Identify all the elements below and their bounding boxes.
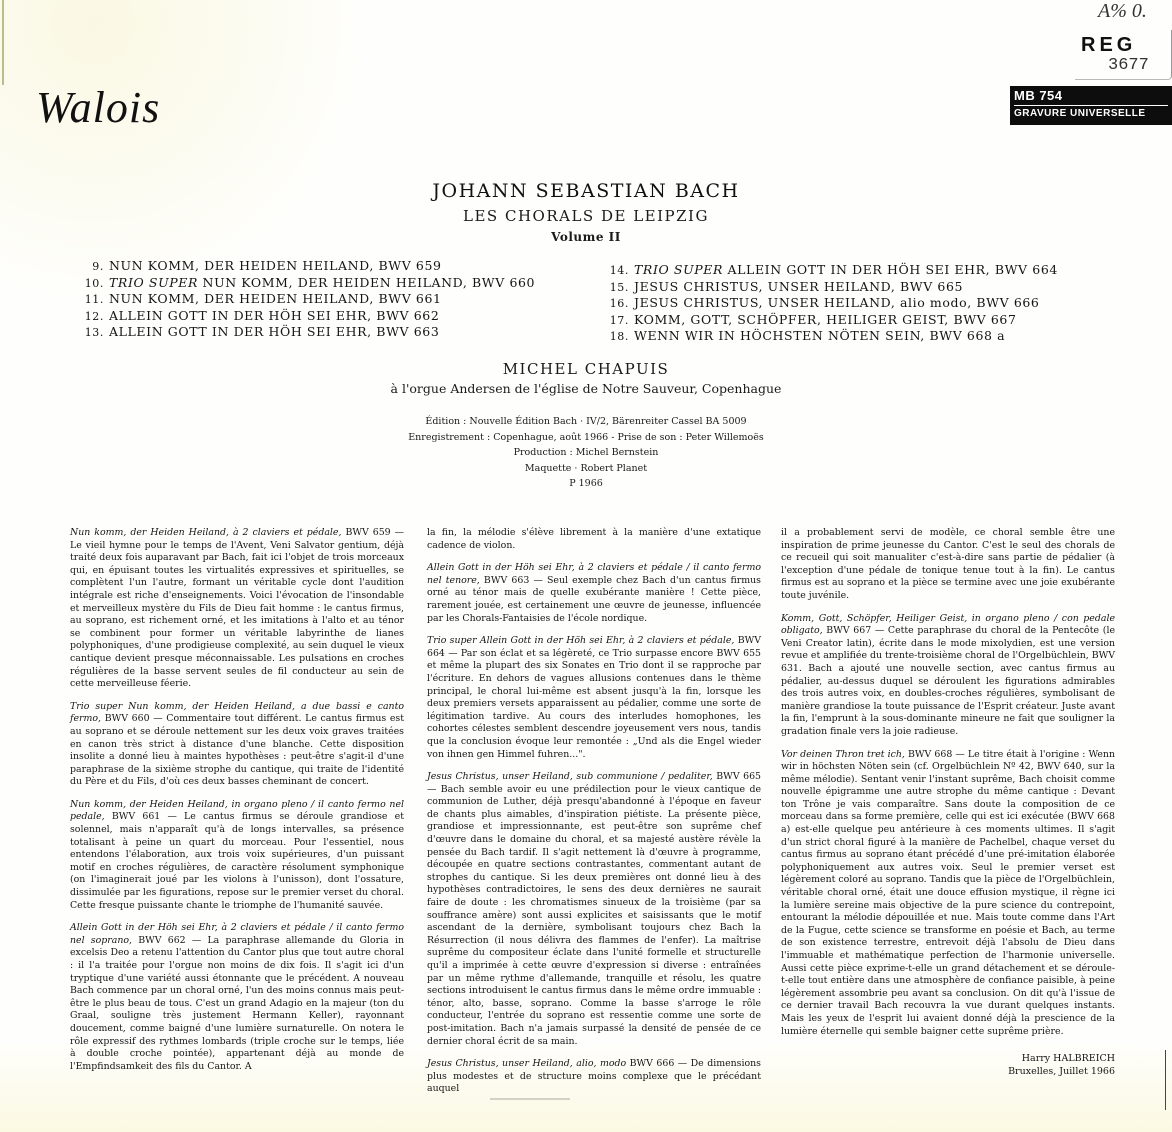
track-item: 10.TRIO SUPER NUN KOMM, DER HEIDEN HEILA…: [78, 275, 535, 292]
track-title: ALLEIN GOTT IN DER HÖH SEI EHR, BWV 663: [109, 324, 439, 339]
edge-mark: [2, 0, 4, 85]
notes-paragraph: Jesus Christus, unser Heiland, sub commu…: [427, 771, 761, 1048]
notes-paragraph: Nun komm, der Heiden Heiland, in organo …: [70, 799, 404, 912]
paragraph-text: BWV 668 — Le titre était à l'origine : W…: [781, 749, 1115, 1037]
signature: Harry HALBREICH Bruxelles, Juillet 1966: [781, 1052, 1115, 1078]
track-number: 11.: [78, 292, 104, 308]
track-title: NUN KOMM, DER HEIDEN HEILAND, BWV 660: [198, 275, 535, 290]
notes-paragraph: Nun komm, der Heiden Heiland, à 2 clavie…: [70, 527, 404, 691]
performer-venue: à l'orgue Andersen de l'église de Notre …: [0, 381, 1172, 396]
track-number: 14.: [603, 263, 629, 279]
paragraph-text: la fin, la mélodie s'élève librement à l…: [427, 527, 761, 551]
track-form: TRIO SUPER: [634, 262, 723, 277]
notes-paragraph: Vor deinen Thron tret ich, BWV 668 — Le …: [781, 749, 1115, 1039]
track-item: 15.JESUS CHRISTUS, UNSER HEILAND, BWV 66…: [603, 279, 1058, 296]
track-number: 9.: [78, 259, 104, 275]
performer-name: MICHEL CHAPUIS: [0, 360, 1172, 378]
track-item: 16.JESUS CHRISTUS, UNSER HEILAND, alio m…: [603, 295, 1058, 312]
track-number: 16.: [603, 296, 629, 312]
piece-heading: Jesus Christus, unser Heiland, sub commu…: [427, 771, 713, 782]
notes-column-3: il a probablement servi de modèle, ce ch…: [781, 527, 1115, 1078]
credit-line: Édition : Nouvelle Édition Bach · IV/2, …: [0, 414, 1172, 430]
track-form: TRIO SUPER: [109, 275, 198, 290]
credit-line: P 1966: [0, 476, 1172, 492]
track-item: 17.KOMM, GOTT, SCHÖPFER, HEILIGER GEIST,…: [603, 312, 1058, 329]
handwritten-reference: A% 0.: [1098, 0, 1147, 23]
track-title: ALLEIN GOTT IN DER HÖH SEI EHR, BWV 662: [109, 308, 439, 323]
notes-paragraph: Allein Gott in der Höh sei Ehr, à 2 clav…: [427, 562, 761, 625]
track-title: KOMM, GOTT, SCHÖPFER, HEILIGER GEIST, BW…: [634, 312, 1017, 327]
track-item: 14.TRIO SUPER ALLEIN GOTT IN DER HÖH SEI…: [603, 262, 1058, 279]
print-smudge: [490, 1098, 570, 1100]
piece-heading: Nun komm, der Heiden Heiland, à 2 clavie…: [70, 527, 341, 538]
signature-name: Harry HALBREICH: [781, 1052, 1115, 1065]
track-number: 12.: [78, 309, 104, 325]
notes-paragraph: Allein Gott in der Höh sei Ehr, à 2 clav…: [70, 922, 404, 1073]
paragraph-text: BWV 660 — Commentaire tout différent. Le…: [70, 713, 404, 787]
edge-mark: [1165, 1050, 1166, 1110]
track-item: 18.WENN WIR IN HÖCHSTEN NÖTEN SEIN, BWV …: [603, 328, 1058, 345]
track-title: WENN WIR IN HÖCHSTEN NÖTEN SEIN, BWV 668…: [634, 328, 1005, 343]
label-logo: Walois: [36, 82, 160, 133]
catalog-number: MB 754: [1014, 88, 1168, 106]
notes-paragraph: Trio super Nun komm, der Heiden Heiland,…: [70, 701, 404, 789]
signature-place: Bruxelles, Juillet 1966: [781, 1065, 1115, 1078]
track-title: ALLEIN GOTT IN DER HÖH SEI EHR, BWV 664: [723, 262, 1058, 277]
notes-column-2: la fin, la mélodie s'élève librement à l…: [427, 527, 761, 1106]
track-title: NUN KOMM, DER HEIDEN HEILAND, BWV 659: [109, 258, 442, 273]
track-list-right: 14.TRIO SUPER ALLEIN GOTT IN DER HÖH SEI…: [603, 262, 1058, 345]
piece-heading: Trio super Allein Gott in der Höh sei Eh…: [427, 635, 734, 646]
track-title: JESUS CHRISTUS, UNSER HEILAND, BWV 665: [634, 279, 963, 294]
notes-paragraph: Jesus Christus, unser Heiland, alio, mod…: [427, 1058, 761, 1096]
track-list-left: 9.NUN KOMM, DER HEIDEN HEILAND, BWV 6591…: [78, 258, 535, 341]
credit-line: Maquette · Robert Planet: [0, 461, 1172, 477]
piece-heading: Jesus Christus, unser Heiland, alio, mod…: [427, 1058, 626, 1069]
registry-stamp-label: REG: [1081, 34, 1136, 57]
paragraph-text: BWV 661 — Le cantus firmus se déroule gr…: [70, 811, 404, 910]
paragraph-text: BWV 662 — La paraphrase allemande du Glo…: [70, 935, 404, 1072]
credits-block: Édition : Nouvelle Édition Bach · IV/2, …: [0, 414, 1172, 492]
title-block: JOHANN SEBASTIAN BACH LES CHORALS DE LEI…: [0, 180, 1172, 244]
catalog-label: MB 754 GRAVURE UNIVERSELLE: [1010, 86, 1172, 125]
notes-paragraph: la fin, la mélodie s'élève librement à l…: [427, 527, 761, 552]
paragraph-text: BWV 659 — Le vieil hymne pour le temps d…: [70, 527, 404, 689]
track-number: 17.: [603, 313, 629, 329]
notes-paragraph: il a probablement servi de modèle, ce ch…: [781, 527, 1115, 603]
record-back-cover: Walois A% 0. REG 3677 MB 754 GRAVURE UNI…: [0, 0, 1172, 1132]
track-title: NUN KOMM, DER HEIDEN HEILAND, BWV 661: [109, 291, 442, 306]
notes-column-1: Nun komm, der Heiden Heiland, à 2 clavie…: [70, 527, 404, 1083]
track-number: 10.: [78, 276, 104, 292]
performer-block: MICHEL CHAPUIS à l'orgue Andersen de l'é…: [0, 360, 1172, 396]
track-number: 13.: [78, 325, 104, 341]
credit-line: Production : Michel Bernstein: [0, 445, 1172, 461]
track-item: 12.ALLEIN GOTT IN DER HÖH SEI EHR, BWV 6…: [78, 308, 535, 325]
catalog-subtitle: GRAVURE UNIVERSELLE: [1014, 106, 1168, 122]
notes-paragraph: Trio super Allein Gott in der Höh sei Eh…: [427, 635, 761, 761]
paragraph-text: BWV 665 — Bach semble avoir eu une prédi…: [427, 771, 761, 1046]
registry-stamp-number: 3677: [1108, 56, 1149, 75]
piece-heading: Vor deinen Thron tret ich,: [781, 749, 905, 760]
paragraph-text: BWV 667 — Cette paraphrase du choral de …: [781, 625, 1115, 737]
track-number: 15.: [603, 280, 629, 296]
credit-line: Enregistrement : Copenhague, août 1966 -…: [0, 430, 1172, 446]
volume-label: Volume II: [0, 230, 1172, 244]
work-title: LES CHORALS DE LEIPZIG: [0, 207, 1172, 225]
track-number: 18.: [603, 329, 629, 345]
track-item: 11.NUN KOMM, DER HEIDEN HEILAND, BWV 661: [78, 291, 535, 308]
paragraph-text: il a probablement servi de modèle, ce ch…: [781, 527, 1115, 601]
liner-notes: Nun komm, der Heiden Heiland, à 2 clavie…: [70, 527, 1135, 1077]
paragraph-text: BWV 664 — Par son éclat et sa légèreté, …: [427, 635, 761, 759]
track-title: JESUS CHRISTUS, UNSER HEILAND, alio modo…: [634, 295, 1039, 310]
track-item: 13.ALLEIN GOTT IN DER HÖH SEI EHR, BWV 6…: [78, 324, 535, 341]
composer-title: JOHANN SEBASTIAN BACH: [0, 180, 1172, 202]
track-item: 9.NUN KOMM, DER HEIDEN HEILAND, BWV 659: [78, 258, 535, 275]
notes-paragraph: Komm, Gott, Schöpfer, Heiliger Geist, in…: [781, 613, 1115, 739]
